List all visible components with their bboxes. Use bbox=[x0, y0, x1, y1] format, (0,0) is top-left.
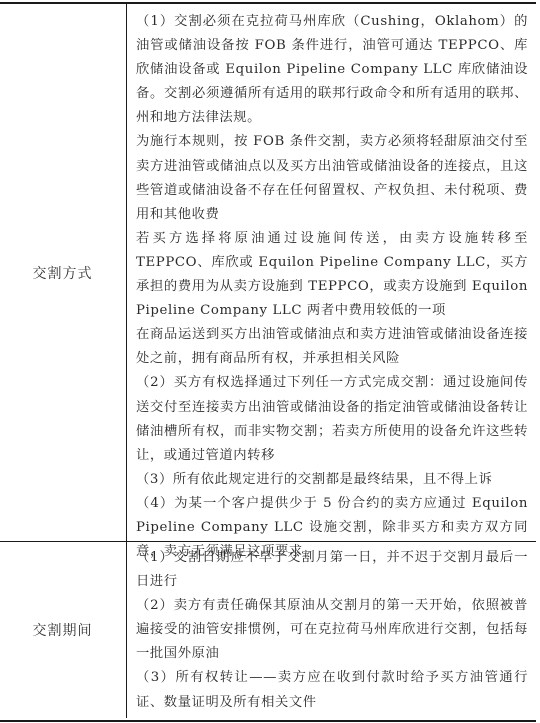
table-row-delivery-method: 交割方式 （1）交割必须在克拉荷马州库欣（Cushing，Oklahom）的油管… bbox=[0, 4, 536, 542]
clause-1: （1）交割必须在克拉荷马州库欣（Cushing，Oklahom）的油管或储油设备… bbox=[136, 10, 528, 130]
row-content-delivery-method: （1）交割必须在克拉荷马州库欣（Cushing，Oklahom）的油管或储油设备… bbox=[126, 4, 536, 541]
period-clause-3: （3）所有权转让——卖方应在收到付款时给予买方油管通行证、数量证明及所有相关文件 bbox=[136, 666, 528, 714]
clause-1-ownership: 在商品运送到买方出油管或储油点和卖方进油管或储油设备连接处之前，拥有商品所有权，… bbox=[136, 323, 528, 371]
clause-3: （3）所有依此规定进行的交割都是最终结果，且不得上诉 bbox=[136, 468, 528, 492]
delivery-rules-table: 交割方式 （1）交割必须在克拉荷马州库欣（Cushing，Oklahom）的油管… bbox=[0, 2, 536, 722]
clause-2: （2）买方有权选择通过下列任一方式完成交割：通过设施间传送交付至连接卖方出油管或… bbox=[136, 371, 528, 467]
row-content-delivery-period: （1）交割日期应不早于交割月第一日，并不迟于交割月最后一日进行 （2）卖方有责任… bbox=[126, 542, 536, 718]
period-clause-1: （1）交割日期应不早于交割月第一日，并不迟于交割月最后一日进行 bbox=[136, 546, 528, 594]
table-row-delivery-period: 交割期间 （1）交割日期应不早于交割月第一日，并不迟于交割月最后一日进行 （2）… bbox=[0, 542, 536, 718]
clause-1-transfer: 若买方选择将原油通过设施间传送，由卖方设施转移至 TEPPCO、库欣或 Equi… bbox=[136, 227, 528, 323]
row-label-delivery-method: 交割方式 bbox=[0, 4, 125, 541]
row-label-delivery-period: 交割期间 bbox=[0, 542, 125, 718]
clause-1-fob: 为施行本规则，按 FOB 条件交割，卖方必须将轻甜原油交付至卖方进油管或储油点以… bbox=[136, 130, 528, 226]
period-clause-2: （2）卖方有责任确保其原油从交割月的第一天开始，依照被普遍接受的油管安排惯例，可… bbox=[136, 594, 528, 666]
